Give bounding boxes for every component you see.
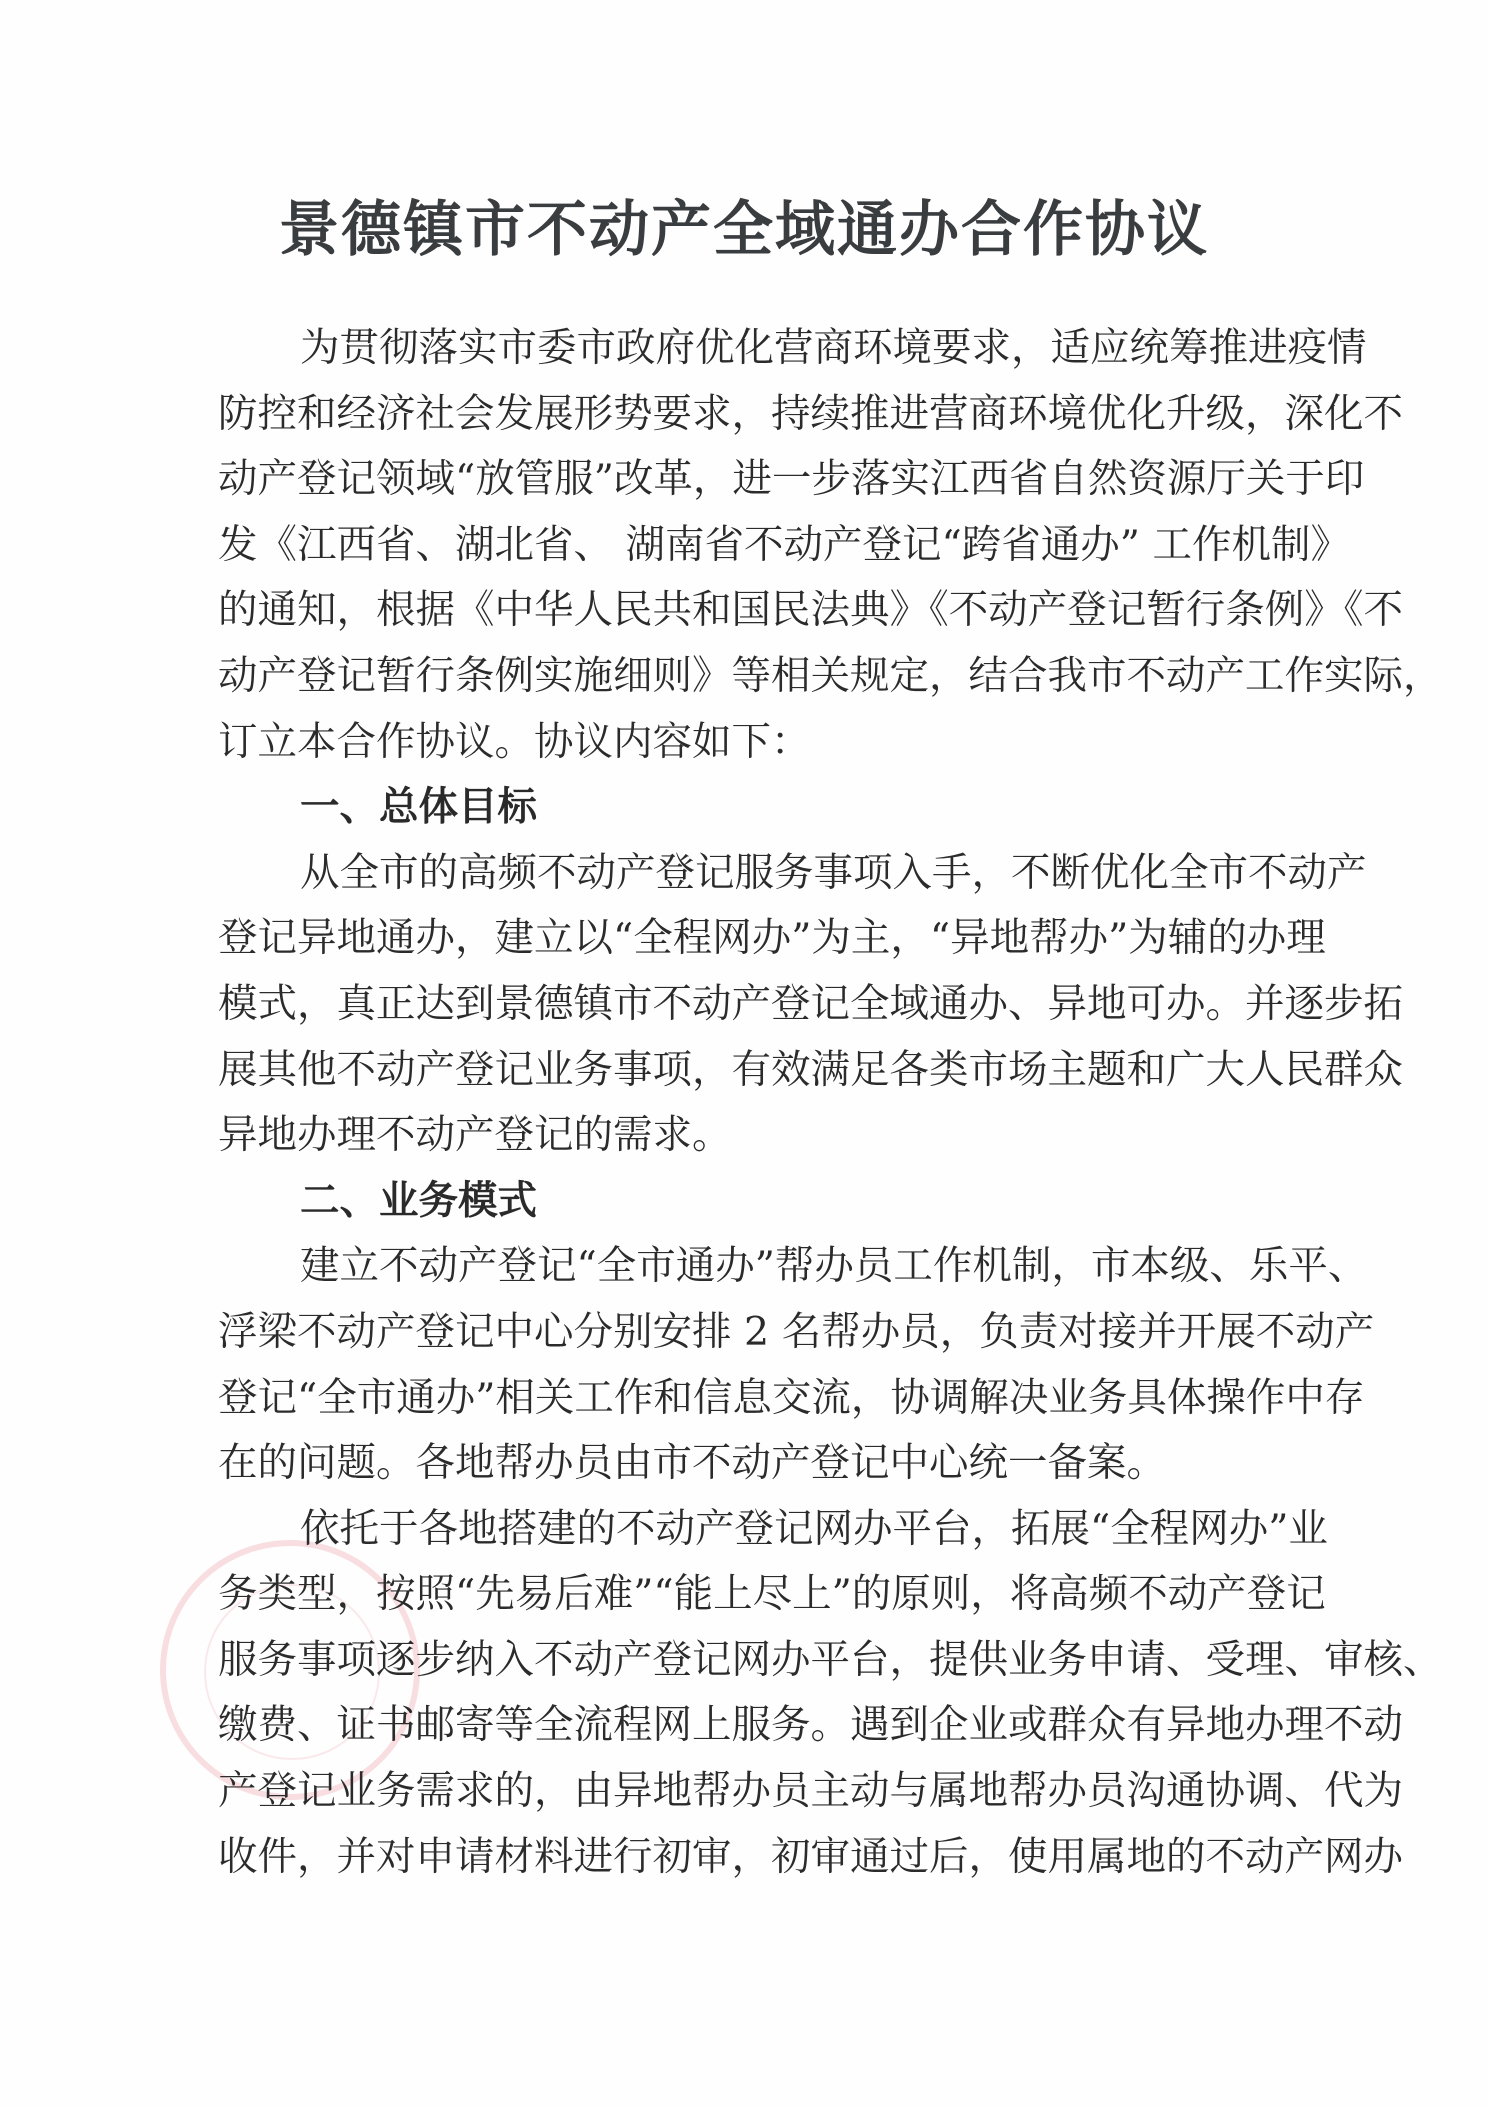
paragraph-line: 异地办理不动产登记的需求。 xyxy=(218,1103,1270,1169)
paragraph-line: 从全市的高频不动产登记服务事项入手，不断优化全市不动产 xyxy=(218,841,1270,907)
document-body: 为贯彻落实市委市政府优化营商环境要求，适应统筹推进疫情防控和经济社会发展形势要求… xyxy=(218,316,1270,1890)
paragraph-line: 依托于各地搭建的不动产登记网办平台，拓展“全程网办”业 xyxy=(218,1497,1270,1563)
paragraph-line: 发《江西省、湖北省、 湖南省不动产登记“跨省通办” 工作机制》 xyxy=(218,513,1270,579)
paragraph-line: 建立不动产登记“全市通办”帮办员工作机制，市本级、乐平、 xyxy=(218,1234,1270,1300)
paragraph-line: 务类型，按照“先易后难”“能上尽上”的原则，将高频不动产登记 xyxy=(218,1562,1270,1628)
paragraph-line: 动产登记领域“放管服”改革，进一步落实江西省自然资源厅关于印 xyxy=(218,447,1270,513)
paragraph-line: 展其他不动产登记业务事项，有效满足各类市场主题和广大人民群众 xyxy=(218,1038,1270,1104)
paragraph-line: 订立本合作协议。协议内容如下： xyxy=(218,710,1270,776)
paragraph-line: 浮梁不动产登记中心分别安排 2 名帮办员，负责对接并开展不动产 xyxy=(218,1300,1270,1366)
section-heading: 一、总体目标 xyxy=(218,775,1270,841)
paragraph-line: 模式，真正达到景德镇市不动产登记全域通办、异地可办。并逐步拓 xyxy=(218,972,1270,1038)
paragraph-line: 动产登记暂行条例实施细则》等相关规定，结合我市不动产工作实际， xyxy=(218,644,1270,710)
paragraph-line: 的通知，根据《中华人民共和国民法典》《不动产登记暂行条例》《不 xyxy=(218,578,1270,644)
paragraph-line: 登记异地通办，建立以“全程网办”为主，“异地帮办”为辅的办理 xyxy=(218,906,1270,972)
document-page: 景德镇市不动产全域通办合作协议 为贯彻落实市委市政府优化营商环境要求，适应统筹推… xyxy=(0,0,1488,2106)
section-heading: 二、业务模式 xyxy=(218,1169,1270,1235)
document-title: 景德镇市不动产全域通办合作协议 xyxy=(0,190,1488,270)
paragraph-line: 登记“全市通办”相关工作和信息交流，协调解决业务具体操作中存 xyxy=(218,1366,1270,1432)
paragraph-line: 服务事项逐步纳入不动产登记网办平台，提供业务申请、受理、审核、 xyxy=(218,1628,1270,1694)
paragraph-line: 为贯彻落实市委市政府优化营商环境要求，适应统筹推进疫情 xyxy=(218,316,1270,382)
paragraph-line: 防控和经济社会发展形势要求，持续推进营商环境优化升级，深化不 xyxy=(218,382,1270,448)
paragraph-line: 收件，并对申请材料进行初审，初审通过后，使用属地的不动产网办 xyxy=(218,1825,1270,1891)
paragraph-line: 在的问题。各地帮办员由市不动产登记中心统一备案。 xyxy=(218,1431,1270,1497)
paragraph-line: 缴费、证书邮寄等全流程网上服务。遇到企业或群众有异地办理不动 xyxy=(218,1693,1270,1759)
paragraph-line: 产登记业务需求的，由异地帮办员主动与属地帮办员沟通协调、代为 xyxy=(218,1759,1270,1825)
